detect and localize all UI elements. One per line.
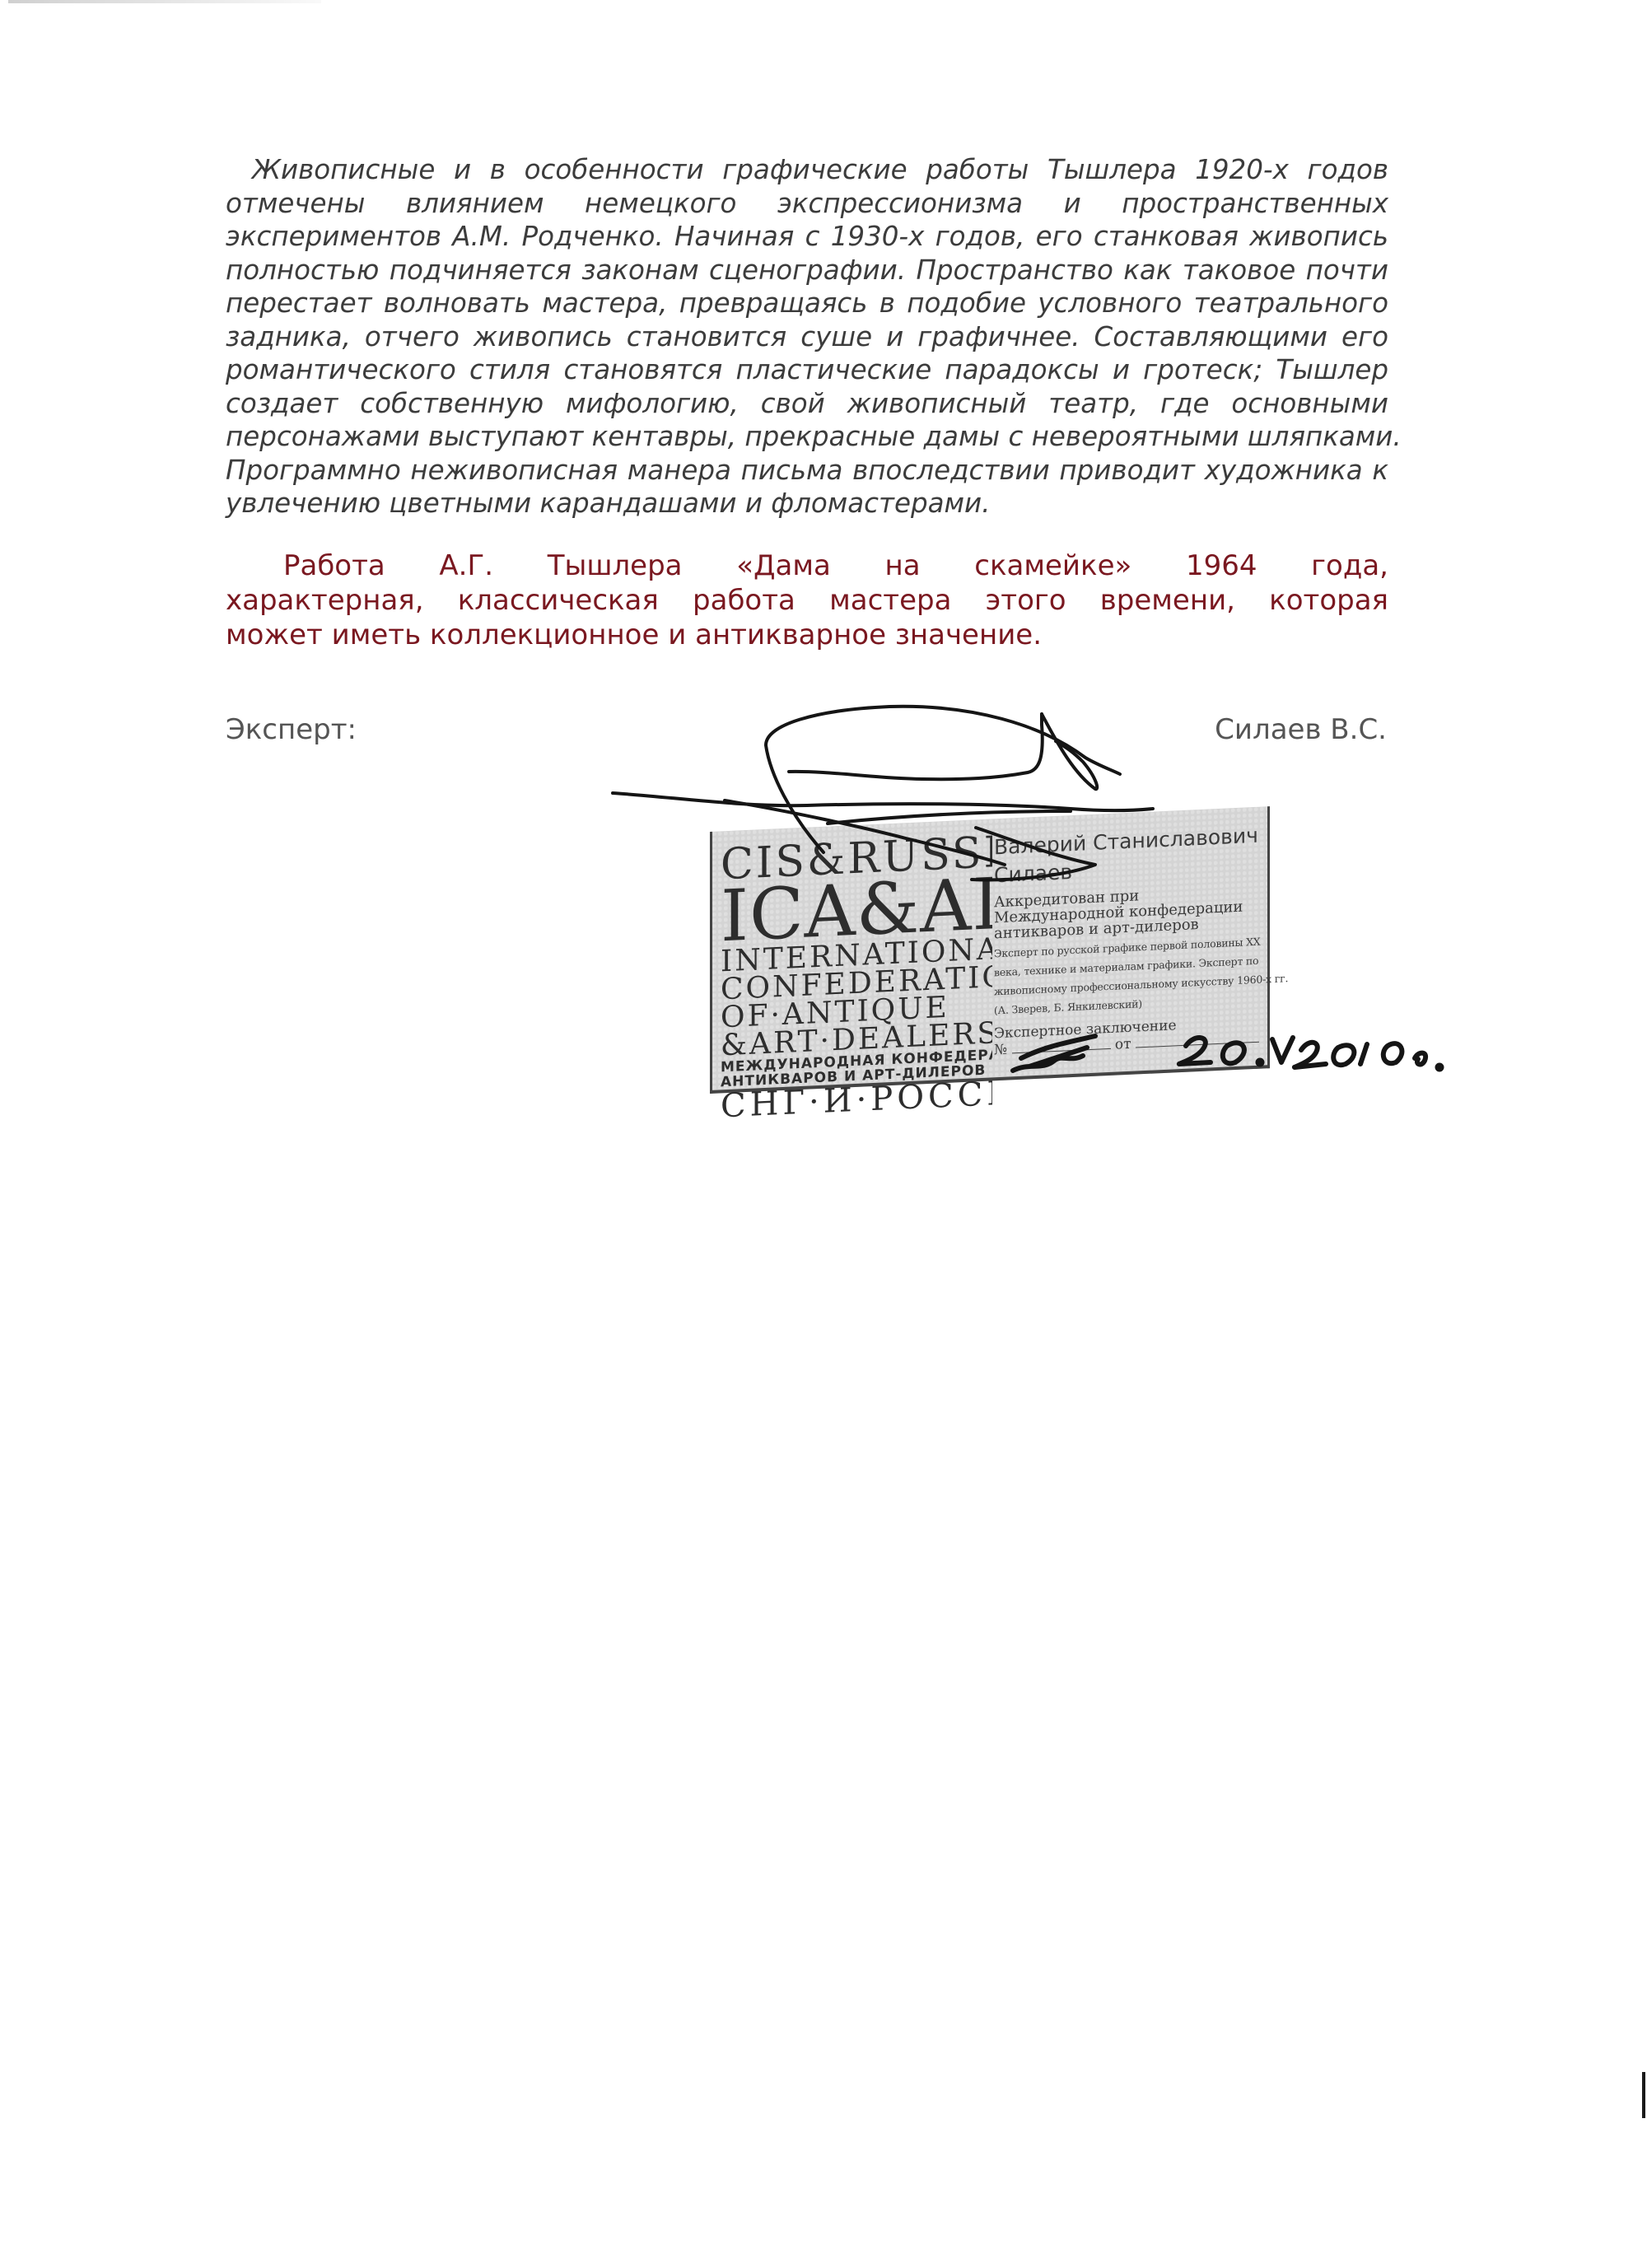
conclusion-line: Работа А.Г. Тышлера «Дама на скамейке» 1… <box>226 548 1388 583</box>
from-label: от <box>1115 1036 1131 1053</box>
expert-label: Эксперт: <box>226 713 357 746</box>
icaad-logo: CIS&RUSSIA ICA&AD INTERNATIONAL CONFEDER… <box>721 832 992 1122</box>
body-line: экспериментов А.М. Родченко. Начиная с 1… <box>226 220 1388 254</box>
body-line: перестает волновать мастера, превращаясь… <box>226 287 1388 320</box>
scan-edge-artifact <box>8 0 321 3</box>
expert-stamp: CIS&RUSSIA ICA&AD INTERNATIONAL CONFEDER… <box>710 806 1270 1094</box>
body-line: Программно неживописная манера письма вп… <box>226 454 1388 488</box>
body-line: задника, отчего живопись становится суше… <box>226 320 1388 354</box>
expert-name: Силаев В.С. <box>1215 713 1387 746</box>
conclusion-line: может иметь коллекционное и антикварное … <box>226 618 1388 652</box>
conclusion-line: характерная, классическая работа мастера… <box>226 583 1388 618</box>
body-paragraph: Живописные и в особенности графические р… <box>226 153 1388 520</box>
scan-edge-mark <box>1642 2072 1645 2118</box>
stamp-info: Валерий Станиславович Силаев Аккредитова… <box>994 821 1266 1058</box>
body-line: полностью подчиняется законам сценографи… <box>226 254 1388 287</box>
number-label: № <box>994 1042 1007 1059</box>
body-line: романтического стиля становятся пластиче… <box>226 353 1388 387</box>
body-line: отмечены влиянием немецкого экспрессиони… <box>226 187 1388 221</box>
body-line: создает собственную мифологию, свой живо… <box>226 387 1388 421</box>
body-line: Живописные и в особенности графические р… <box>226 153 1388 187</box>
body-line: увлечению цветными карандашами и фломаст… <box>226 487 1388 520</box>
conclusion-paragraph: Работа А.Г. Тышлера «Дама на скамейке» 1… <box>226 548 1388 652</box>
body-line: персонажами выступают кентавры, прекрасн… <box>226 420 1388 454</box>
